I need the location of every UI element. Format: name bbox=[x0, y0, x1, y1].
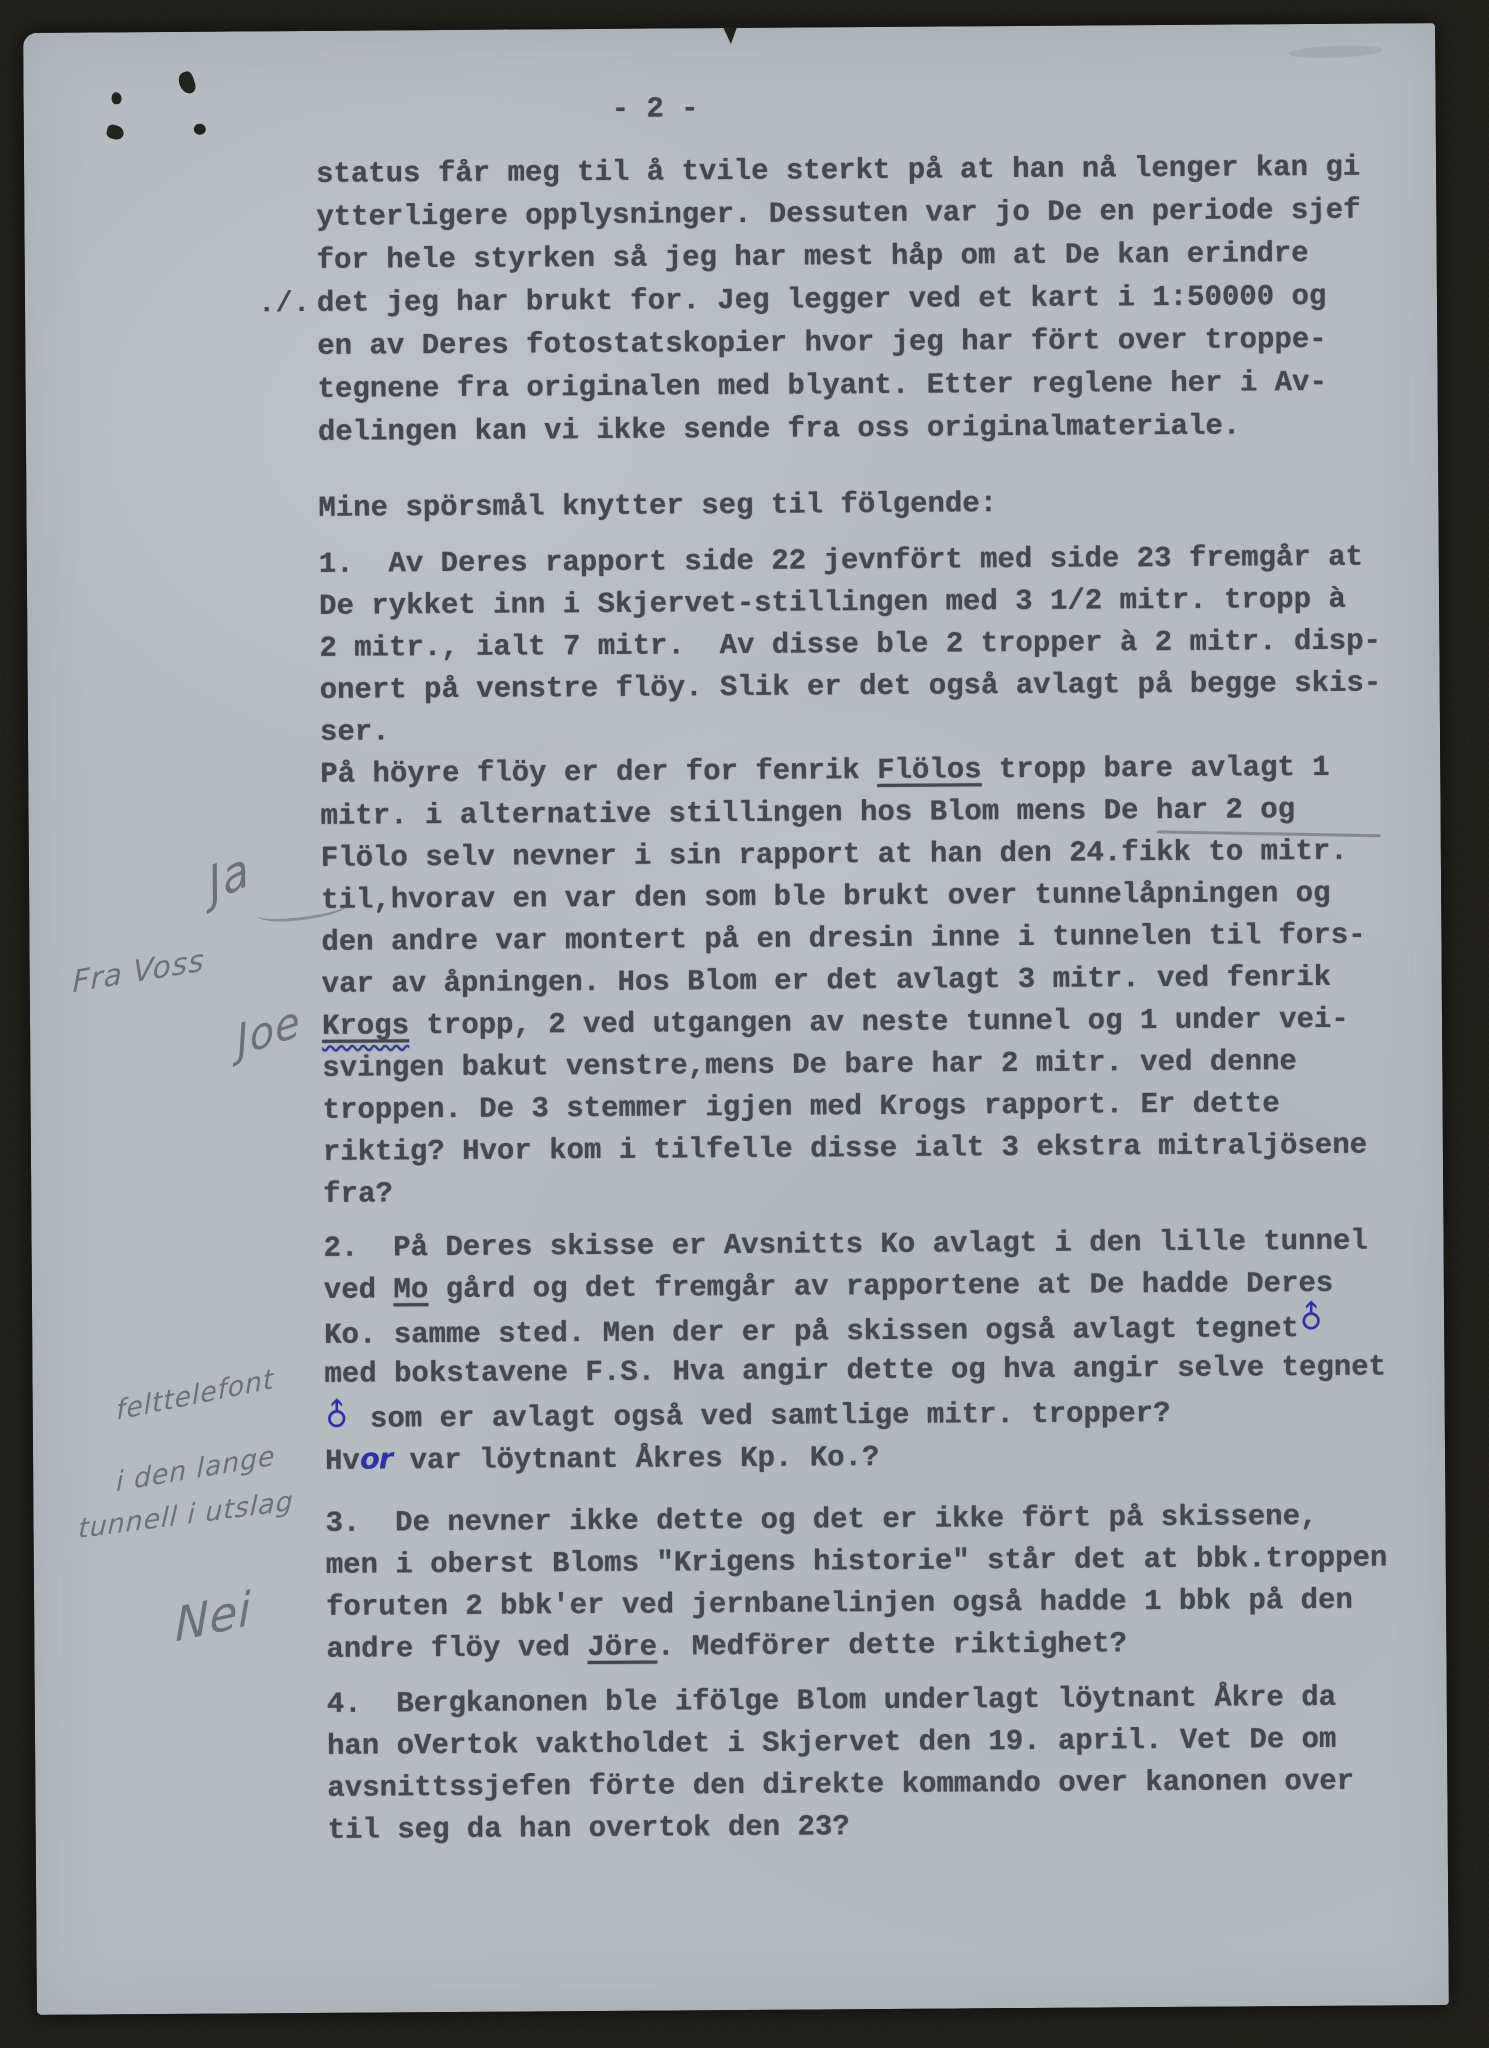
ink-spot bbox=[112, 92, 122, 104]
document-page: - 2 - ./. status får meg til å tvile ste… bbox=[23, 23, 1449, 2015]
text-segment: På höyre flöy er der for fenrik bbox=[320, 754, 877, 791]
typed-line: fra? bbox=[323, 1166, 1385, 1215]
page-number: - 2 - bbox=[612, 88, 772, 131]
typed-line: 2. På Deres skisse er Avsnitts Ko avlagt… bbox=[323, 1220, 1385, 1269]
margin-note-nei: Nei bbox=[175, 1581, 252, 1653]
typed-line: 1. Av Deres rapport side 22 jevnfört med… bbox=[319, 536, 1381, 585]
typed-line: 2 mitr., ialt 7 mitr. Av disse ble 2 tro… bbox=[319, 620, 1381, 669]
typed-line: det jeg har brukt for. Jeg legger ved et… bbox=[317, 275, 1361, 325]
typed-line: Mine spörsmål knytter seg til fölgende: bbox=[318, 483, 997, 530]
text-segment: Flölo selv nevner i sin rapport at han d… bbox=[321, 836, 1209, 875]
typed-line: var av åpningen. Hos Blom er det avlagt … bbox=[322, 956, 1384, 1005]
typed-line: 4. Bergkanonen ble ifölge Blom underlagt… bbox=[327, 1677, 1354, 1726]
typed-line: ♂ som er avlagt også ved samtlige mitr. … bbox=[325, 1388, 1387, 1437]
typed-line: men i oberst Bloms "Krigens historie" st… bbox=[326, 1537, 1388, 1586]
typed-line: onert på venstre flöy. Slik er det også … bbox=[320, 662, 1382, 711]
typed-line: ser. bbox=[320, 704, 1382, 753]
text-segment: var löytnant Åkres Kp. Ko.? bbox=[392, 1441, 879, 1477]
underlined-name-mo: Mo bbox=[393, 1273, 428, 1306]
text-segment: tropp bare avlagt 1 bbox=[981, 751, 1329, 786]
typed-line: status får meg til å tvile sterkt på at … bbox=[316, 146, 1360, 196]
question-1: 1. Av Deres rapport side 22 jevnfört med… bbox=[319, 536, 1385, 1215]
typed-line: De rykket inn i Skjervet-stillingen med … bbox=[319, 578, 1381, 627]
typed-line: foruten 2 bbk'er ved jernbanelinjen også… bbox=[326, 1579, 1388, 1628]
paper-tear bbox=[723, 27, 737, 44]
margin-note-felttelefon: felttelefont bbox=[116, 1364, 275, 1427]
typed-line: delingen kan vi ikke sende fra oss origi… bbox=[318, 404, 1362, 454]
scan-background: - 2 - ./. status får meg til å tvile ste… bbox=[0, 0, 1489, 2048]
paragraph-questions-intro: Mine spörsmål knytter seg til fölgende: bbox=[318, 483, 997, 530]
typed-line: han oVertok vaktholdet i Skjervet den 19… bbox=[327, 1719, 1354, 1768]
typed-line: Hvor var löytnant Åkres Kp. Ko.? bbox=[325, 1430, 1387, 1479]
text-segment: gård og det fremgår av rapportene at De … bbox=[428, 1267, 1333, 1306]
typed-line: Ko. samme sted. Men der er på skissen og… bbox=[324, 1304, 1386, 1353]
text-segment: andre flöy ved bbox=[326, 1631, 587, 1666]
text-segment: . Medförer dette riktighet? bbox=[657, 1627, 1127, 1663]
text-segment: som er avlagt også ved samtlige mitr. tr… bbox=[352, 1397, 1170, 1436]
typed-line: for hele styrken så jeg har mest håp om … bbox=[317, 232, 1361, 282]
typed-line: tegnene fra originalen med blyant. Etter… bbox=[317, 361, 1361, 411]
ink-spot bbox=[194, 124, 206, 135]
typed-line: ved Mo gård og det fremgår av rapportene… bbox=[324, 1262, 1386, 1311]
text-to-mitr: to mitr. bbox=[1208, 835, 1347, 869]
question-4: 4. Bergkanonen ble ifölge Blom underlagt… bbox=[327, 1677, 1355, 1852]
blue-wavy-underline: Krogs bbox=[322, 1009, 409, 1043]
question-3: 3. De nevner ikke dette og det er ikke f… bbox=[325, 1495, 1388, 1670]
blue-ink-correction: or bbox=[360, 1441, 392, 1475]
typed-line: troppen. De 3 stemmer igjen med Krogs ra… bbox=[322, 1082, 1384, 1131]
attachment-mark: ./. bbox=[258, 282, 311, 325]
typed-line: riktig? Hvor kom i tilfelle disse ialt 3… bbox=[323, 1124, 1385, 1173]
text-segment: Ko. samme sted. Men der er på skissen og… bbox=[324, 1312, 1299, 1352]
margin-note-ja: Ja bbox=[204, 840, 254, 913]
underlined-name-jore: Jöre bbox=[587, 1631, 657, 1664]
text-segment: ved bbox=[324, 1273, 394, 1306]
typed-line: med bokstavene F.S. Hva angir dette og h… bbox=[324, 1346, 1386, 1395]
typed-line: andre flöy ved Jöre. Medförer dette rikt… bbox=[326, 1621, 1388, 1670]
typed-line: avsnittssjefen förte den direkte kommand… bbox=[327, 1761, 1354, 1810]
typed-line: den andre var montert på en dresin inne … bbox=[321, 914, 1383, 963]
margin-note-tunnell: tunnell i utslag bbox=[78, 1486, 295, 1545]
margin-note-joe: Joe bbox=[234, 995, 303, 1066]
text-segment: Hv bbox=[325, 1445, 360, 1478]
underlined-name-flolos: Flölos bbox=[877, 753, 982, 787]
typed-line: en av Deres fotostatskopier hvor jeg har… bbox=[317, 318, 1361, 368]
paragraph-intro: status får meg til å tvile sterkt på at … bbox=[316, 146, 1362, 454]
typed-line: mitr. i alternative stillingen hos Blom … bbox=[320, 788, 1382, 837]
text-segment: tropp, 2 ved utgangen av neste tunnel og… bbox=[409, 1003, 1349, 1043]
typed-line: På höyre flöy er der for fenrik Flölos t… bbox=[320, 746, 1382, 795]
typed-line: til,hvorav en var den som ble brukt over… bbox=[321, 872, 1383, 921]
faint-smudge bbox=[1288, 44, 1383, 60]
typed-line: Krogs tropp, 2 ved utgangen av neste tun… bbox=[322, 998, 1384, 1047]
ink-spot bbox=[176, 70, 197, 96]
margin-note-i-den-lange: i den lange bbox=[116, 1440, 276, 1498]
underlined-name-krogs: Krogs bbox=[322, 1009, 409, 1043]
typed-line: 3. De nevner ikke dette og det er ikke f… bbox=[325, 1495, 1387, 1544]
margin-note-fra-voss: Fra Voss bbox=[72, 943, 204, 1000]
typed-line: ytterligere opplysninger. Dessuten var j… bbox=[316, 189, 1360, 239]
typed-line: Flölo selv nevner i sin rapport at han d… bbox=[321, 830, 1383, 879]
typed-line: til seg da han overtok den 23? bbox=[328, 1803, 1355, 1852]
question-2: 2. På Deres skisse er Avsnitts Ko avlagt… bbox=[323, 1220, 1386, 1479]
ink-spot bbox=[105, 123, 125, 141]
typed-line: svingen bakut venstre,mens De bare har 2… bbox=[322, 1040, 1384, 1089]
